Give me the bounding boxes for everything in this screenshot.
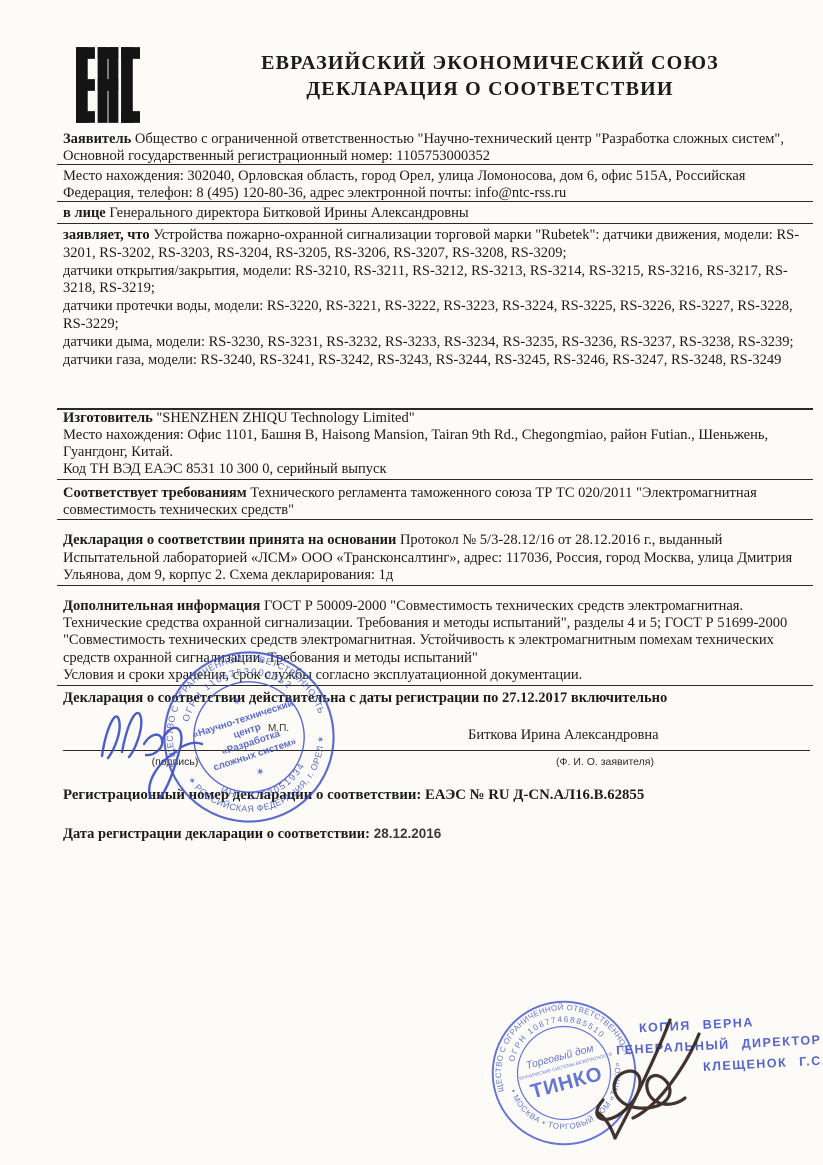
divider [57, 479, 813, 480]
director-signature [575, 1008, 725, 1148]
product-line: датчики протечки воды, модели: RS-3220, … [63, 298, 811, 334]
divider [57, 201, 813, 202]
product-line: датчики дыма, модели: RS-3230, RS-3231, … [63, 334, 811, 352]
applicant-address: Место нахождения: 302040, Орловская обла… [63, 168, 811, 201]
manufacturer-section: Изготовитель "SHENZHEN ZHIQU Technology … [63, 410, 811, 478]
basis-label: Декларация о соответствии принята на осн… [63, 532, 396, 548]
divider [57, 164, 813, 165]
declaration-document: ЕВРАЗИЙСКИЙ ЭКОНОМИЧЕСКИЙ СОЮЗ ДЕКЛАРАЦИ… [0, 0, 823, 1165]
basis-section: Декларация о соответствии принята на осн… [63, 532, 811, 585]
declares-label: заявляет, что [63, 227, 150, 243]
additional-text-block: Дополнительная информация ГОСТ Р 50009-2… [63, 598, 811, 667]
registration-date-line: Дата регистрации декларации о соответств… [63, 826, 811, 843]
divider [57, 585, 813, 586]
applicant-representative: в лице Генерального директора Битковой И… [63, 205, 811, 222]
document-title: ЕВРАЗИЙСКИЙ ЭКОНОМИЧЕСКИЙ СОЮЗ ДЕКЛАРАЦИ… [190, 50, 790, 102]
title-union-line: ЕВРАЗИЙСКИЙ ЭКОНОМИЧЕСКИЙ СОЮЗ [190, 50, 790, 76]
manufacturer-name-line: Изготовитель "SHENZHEN ZHIQU Technology … [63, 410, 811, 427]
title-declaration-line: ДЕКЛАРАЦИЯ О СООТВЕТСТВИИ [190, 76, 790, 102]
representative-label: в лице [63, 205, 106, 221]
representative-text: Генерального директора Битковой Ирины Ал… [106, 205, 469, 221]
applicant-section: Заявитель Общество с ограниченной ответс… [63, 131, 811, 164]
manufacturer-label: Изготовитель [63, 410, 153, 426]
ntc-stamp-star: ✶ [254, 765, 266, 779]
manufacturer-name: "SHENZHEN ZHIQU Technology Limited" [153, 410, 415, 426]
declares-section: заявляет, что Устройства пожарно-охранно… [63, 227, 811, 369]
name-caption: (Ф. И. О. заявителя) [520, 756, 690, 768]
product-line: датчики газа, модели: RS-3240, RS-3241, … [63, 352, 811, 370]
applicant-text: Общество с ограниченной ответственностью… [63, 131, 784, 164]
ntc-stamp-star: ✶ [232, 695, 244, 709]
compliance-label: Соответствует требованиям [63, 485, 247, 501]
additional-label: Дополнительная информация [63, 598, 260, 614]
divider [57, 519, 813, 520]
eac-logo [76, 42, 140, 128]
divider [57, 223, 813, 224]
declares-intro-text: Устройства пожарно-охранной сигнализации… [63, 227, 799, 261]
product-line: датчики открытия/закрытия, модели: RS-32… [63, 263, 811, 299]
applicant-label: Заявитель [63, 131, 131, 147]
declares-intro: заявляет, что Устройства пожарно-охранно… [63, 227, 811, 263]
compliance-section: Соответствует требованиям Технического р… [63, 485, 811, 519]
registration-date-value: 28.12.2016 [370, 826, 441, 841]
registration-number-value: ЕАЭС № RU Д-CN.АЛ16.В.62855 [421, 787, 644, 803]
manufacturer-address: Место нахождения: Офис 1101, Башня B, Ha… [63, 427, 811, 461]
manufacturer-code: Код ТН ВЭД ЕАЭС 8531 10 300 0, серийный … [63, 461, 811, 478]
applicant-name: Биткова Ирина Александровна [468, 727, 659, 744]
